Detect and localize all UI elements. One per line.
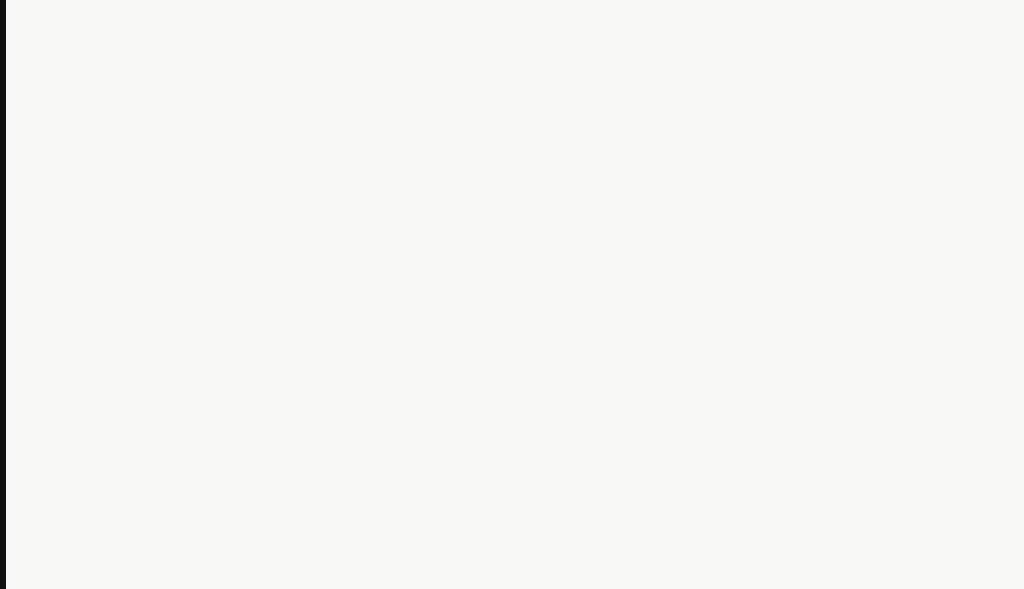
page-edge	[0, 0, 6, 589]
census-sheet	[0, 0, 1024, 589]
